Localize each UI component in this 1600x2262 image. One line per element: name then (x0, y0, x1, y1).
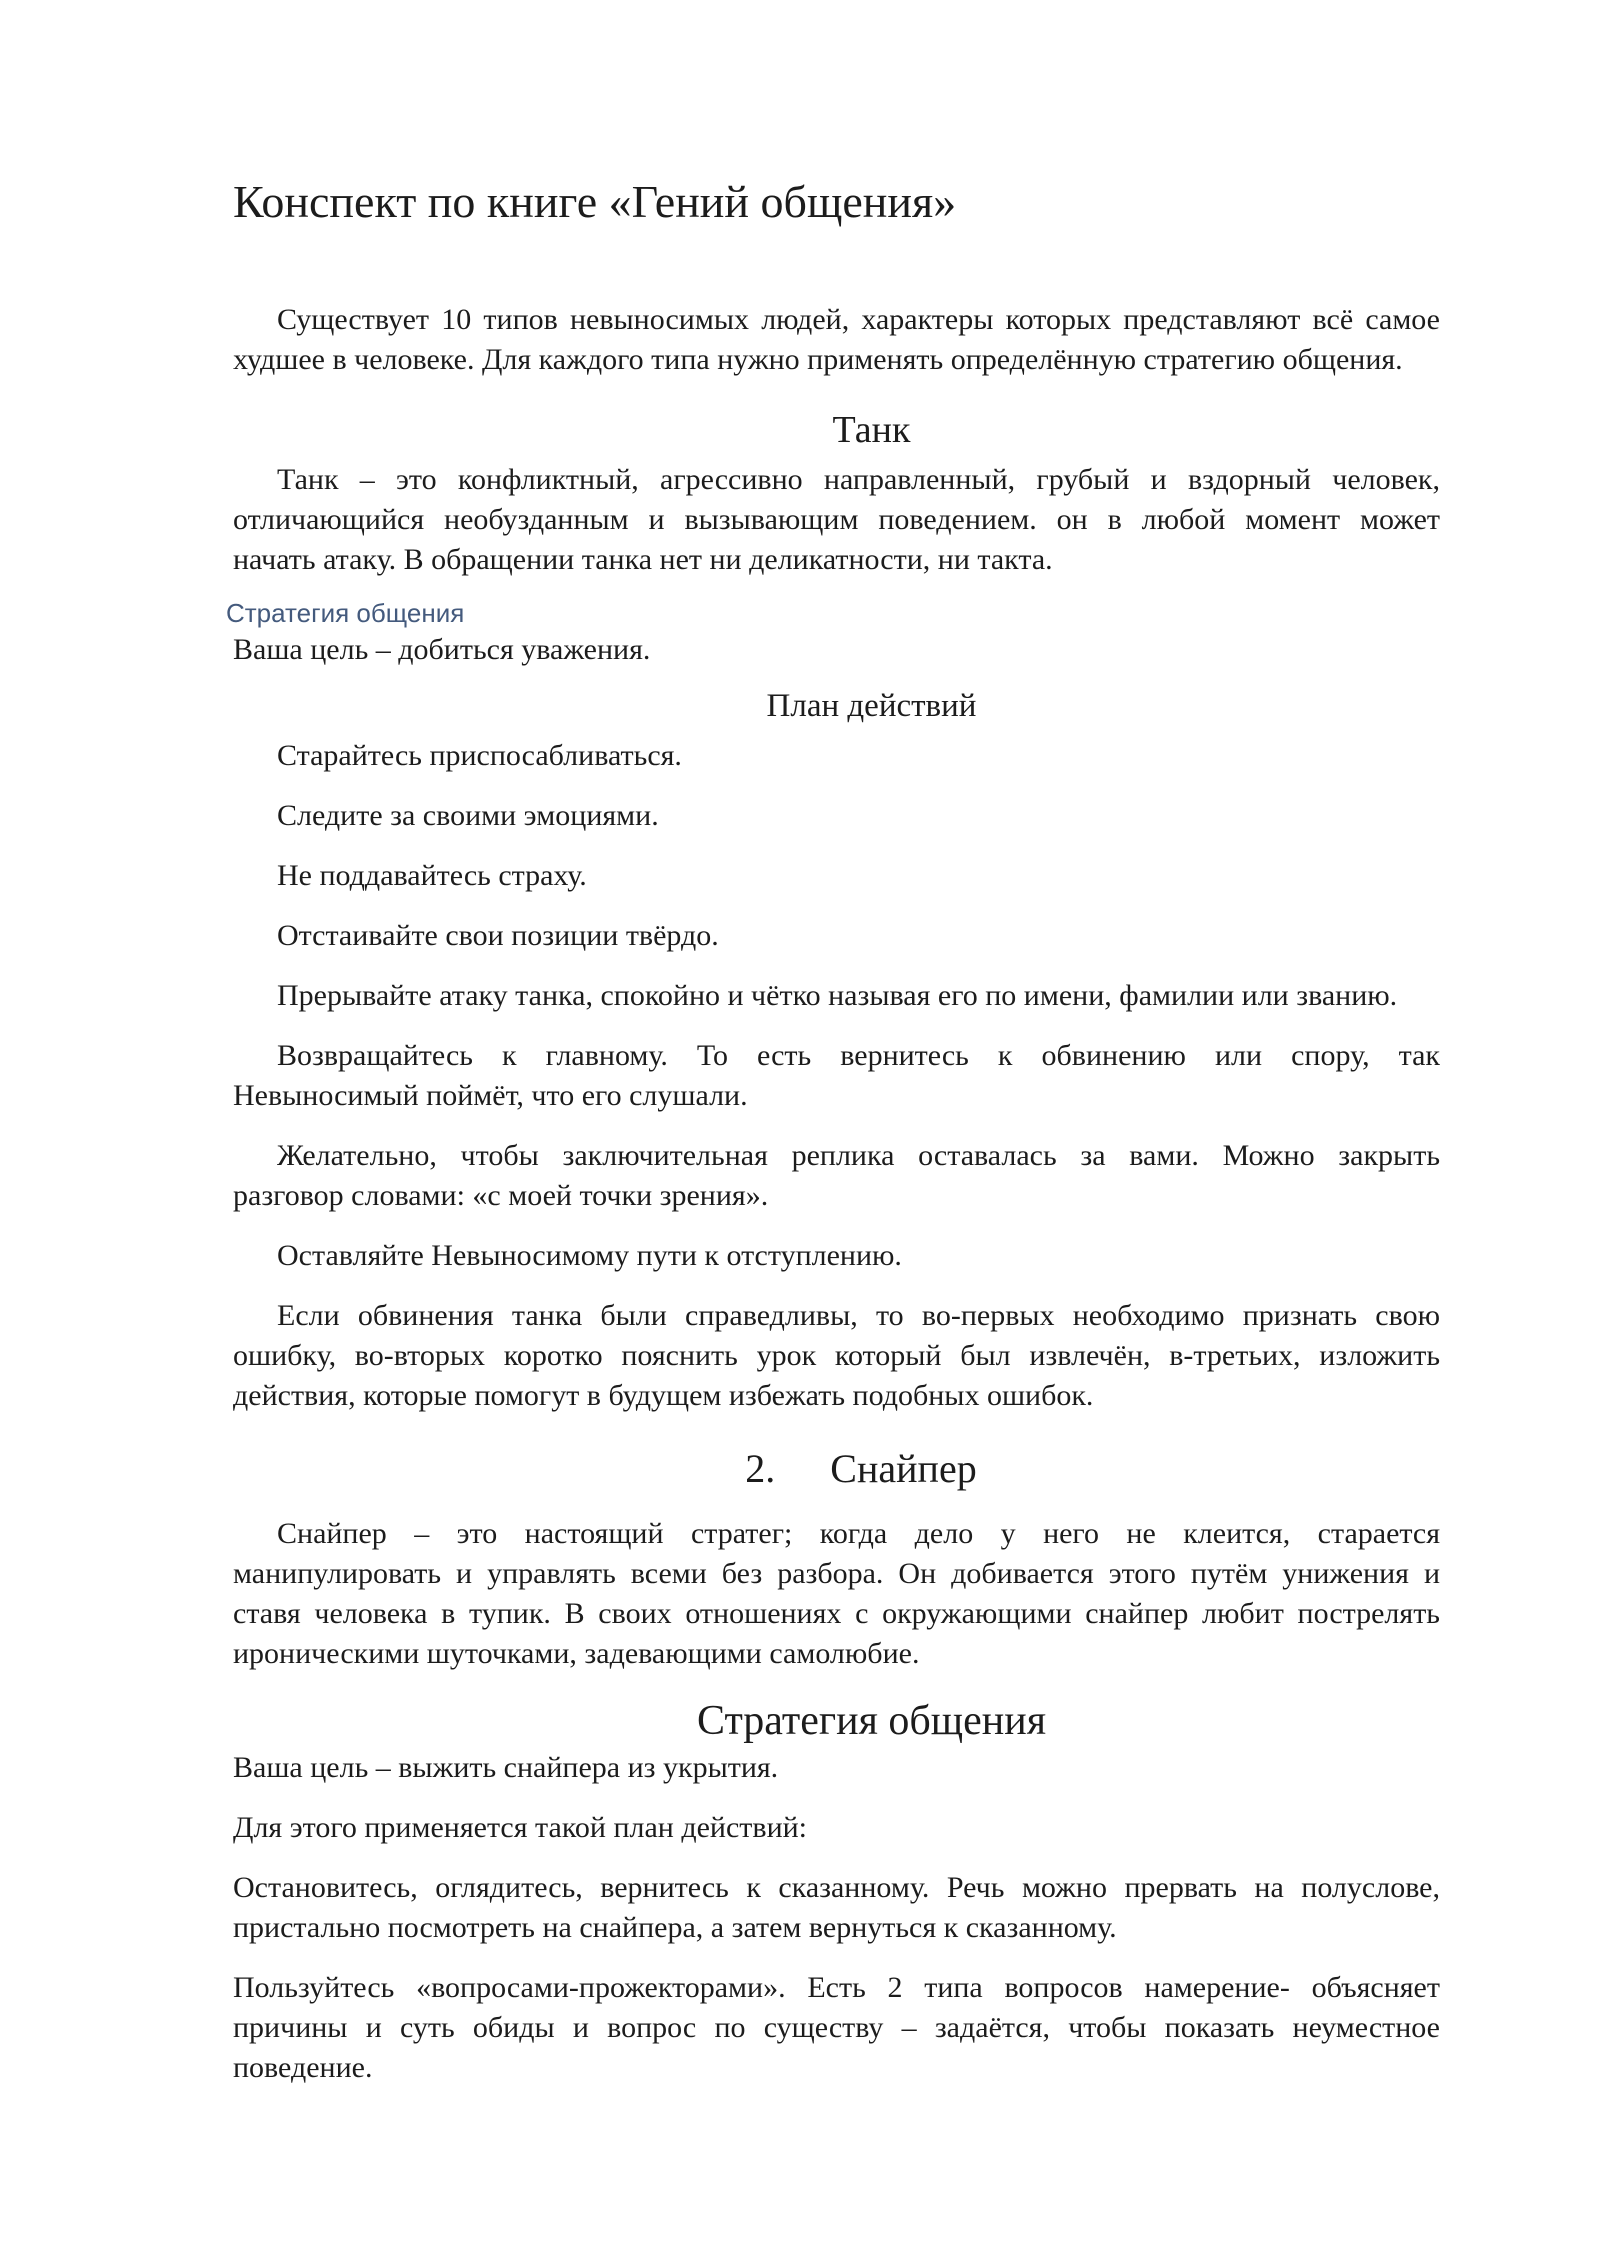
plan-item: Возвращайтесь к главному. То есть вернит… (233, 1036, 1440, 1116)
intro-paragraph: Существует 10 типов невыносимых людей, х… (233, 300, 1440, 380)
plan-item: Желательно, чтобы заключительная реплика… (233, 1136, 1440, 1216)
document-content: Конспект по книге «Гений общения» Сущест… (212, 0, 1440, 2088)
tank-description: Танк – это конфликтный, агрессивно напра… (233, 460, 1440, 580)
sniper-plan-intro: Для этого применяется такой план действи… (233, 1808, 1440, 1848)
sniper-heading-label: Снайпер (830, 1444, 976, 1494)
sniper-strategy-heading: Стратегия общения (233, 1694, 1440, 1748)
document-page: Конспект по книге «Гений общения» Сущест… (0, 0, 1600, 2262)
sniper-heading: 2. Снайпер (212, 1444, 1440, 1494)
document-title: Конспект по книге «Гений общения» (233, 176, 1440, 228)
plan-item: Пользуйтесь «вопросами-прожекторами». Ес… (233, 1968, 1440, 2088)
plan-item: Не поддавайтесь страху. (233, 856, 1440, 896)
plan-item: Остановитесь, оглядитесь, вернитесь к ск… (233, 1868, 1440, 1948)
tank-strategy-heading: Стратегия общения (226, 596, 1440, 630)
tank-plan-heading: План действий (233, 684, 1440, 728)
plan-item: Старайтесь приспосабливаться. (233, 736, 1440, 776)
plan-item: Отстаивайте свои позиции твёрдо. (233, 916, 1440, 956)
tank-heading: Танк (233, 406, 1440, 454)
plan-item: Прерывайте атаку танка, спокойно и чётко… (233, 976, 1440, 1016)
sniper-description: Снайпер – это настоящий стратег; когда д… (233, 1514, 1440, 1674)
plan-item: Следите за своими эмоциями. (233, 796, 1440, 836)
plan-item: Если обвинения танка были справедливы, т… (233, 1296, 1440, 1416)
tank-goal: Ваша цель – добиться уважения. (233, 630, 1440, 670)
sniper-goal: Ваша цель – выжить снайпера из укрытия. (233, 1748, 1440, 1788)
plan-item: Оставляйте Невыносимому пути к отступлен… (233, 1236, 1440, 1276)
sniper-heading-number: 2. (745, 1444, 775, 1494)
